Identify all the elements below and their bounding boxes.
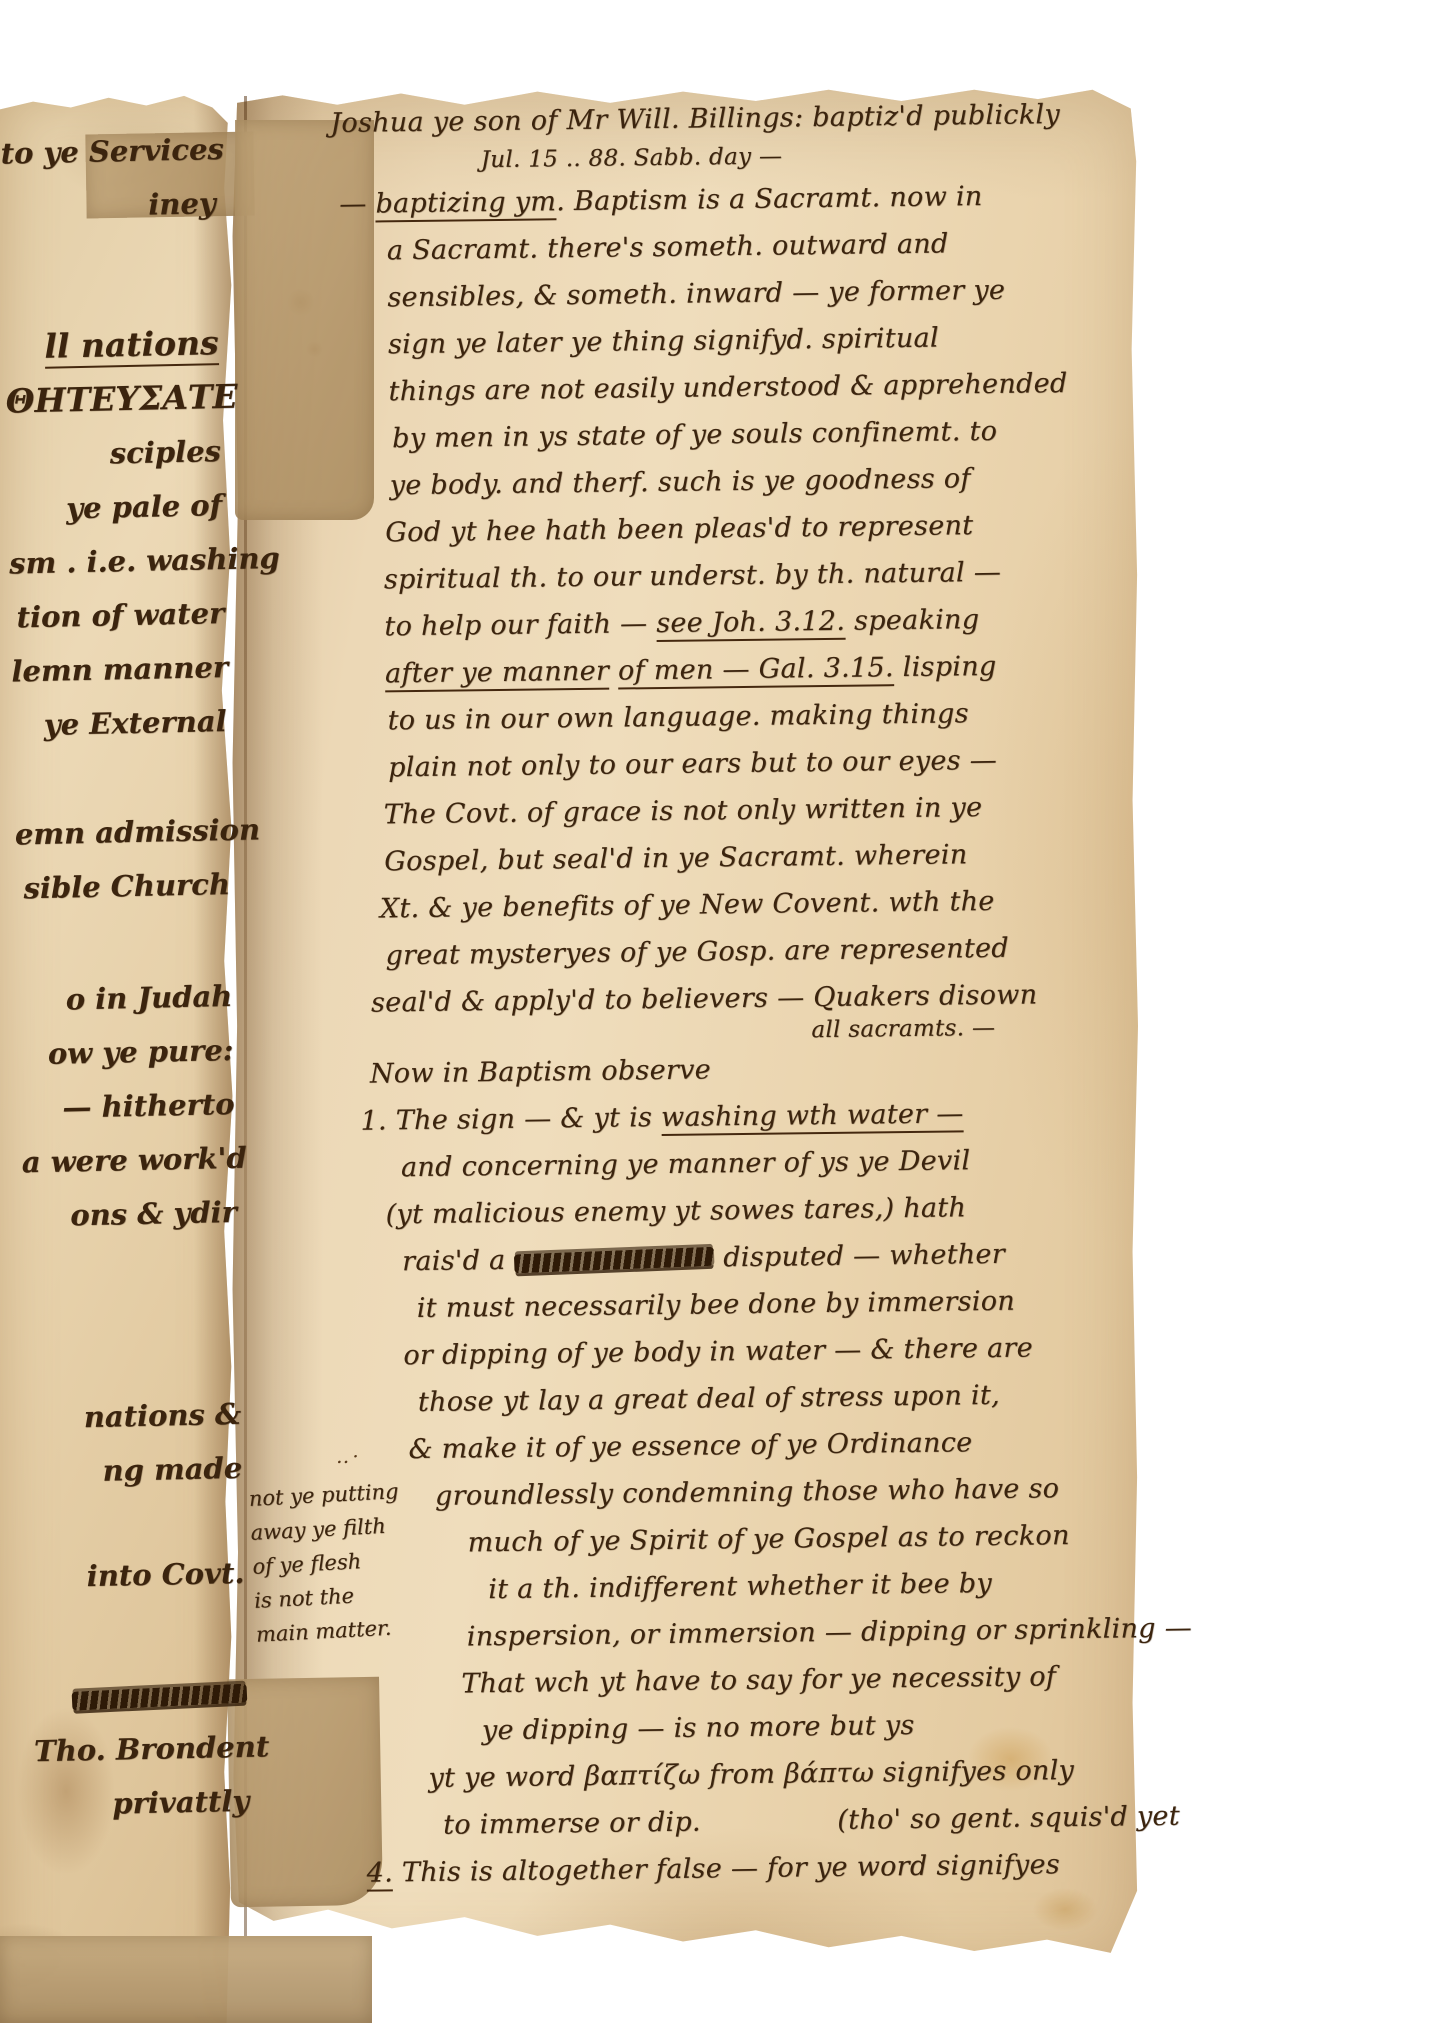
text-segment: is not the bbox=[254, 1584, 355, 1613]
text-segment: The Covt. of grace is not only written i… bbox=[384, 792, 983, 830]
text-segment: into Covt. bbox=[86, 1556, 244, 1593]
right-page-text: Joshua ye son of Mr Will. Billings: bapt… bbox=[330, 90, 1152, 1897]
tape-bottom-band bbox=[0, 1936, 372, 2023]
text-segment: ye External bbox=[43, 704, 226, 742]
manuscript-line: sm . i.e. washing bbox=[9, 532, 232, 591]
manuscript-line: to ye Services bbox=[0, 122, 223, 181]
manuscript-line: ons & ydir bbox=[22, 1185, 245, 1244]
manuscript-line: ye dipping — is no more but ys bbox=[482, 1699, 1151, 1754]
left-page-text: to ye Servicesineyll nationsΘΗΤΕΥΣΑΤΕsci… bbox=[0, 122, 258, 1832]
text-segment: to immerse or dip. (tho' so gent. squis'… bbox=[443, 1801, 1180, 1841]
manuscript-line: ye External bbox=[12, 694, 235, 753]
manuscript-line: into Covt. bbox=[30, 1546, 253, 1605]
text-segment: ye dipping — is no more but ys bbox=[482, 1710, 915, 1746]
text-segment: sign ye later ye thing signifyd. spiritu… bbox=[388, 323, 939, 361]
text-segment: it a th. indifferent whether it bee by bbox=[488, 1568, 992, 1605]
text-segment: after ye manner bbox=[385, 656, 609, 693]
text-segment: by men in ys state of ye souls confinemt… bbox=[392, 416, 997, 454]
margin-mark: ‥· bbox=[336, 1444, 362, 1468]
text-segment: groundlessly condemning those who have s… bbox=[435, 1473, 1060, 1512]
text-segment: speaking bbox=[845, 604, 980, 637]
text-segment: it must necessarily bee done by immersio… bbox=[417, 1286, 1016, 1324]
text-segment: nations & bbox=[83, 1397, 241, 1434]
text-segment: washing wth water — bbox=[661, 1098, 964, 1136]
text-segment: — bbox=[339, 188, 376, 219]
text-segment: tion of water bbox=[16, 596, 224, 634]
text-segment: God yt hee hath been pleas'd to represen… bbox=[385, 510, 973, 548]
text-segment: . Baptism is a Sacramt. now in bbox=[556, 181, 983, 217]
text-segment: iney bbox=[148, 186, 216, 221]
text-segment: spiritual th. to our underst. by th. nat… bbox=[384, 557, 1002, 596]
text-segment: of ye flesh bbox=[252, 1549, 362, 1579]
text-segment: sciples bbox=[109, 434, 221, 470]
text-segment: & make it of ye essence of ye Ordinance bbox=[408, 1427, 972, 1465]
text-segment: away ye filth bbox=[250, 1514, 386, 1545]
text-segment: much of ye Spirit of ye Gospel as to rec… bbox=[467, 1520, 1069, 1558]
manuscript-line: ow ye pure: bbox=[19, 1023, 242, 1082]
text-segment: (yt malicious enemy yt sowes tares,) hat… bbox=[385, 1192, 966, 1230]
text-segment: lemn manner bbox=[11, 650, 228, 689]
text-segment: and concerning ye manner of ys ye Devil bbox=[401, 1145, 971, 1183]
manuscript-line: it a th. indifferent whether it bee by bbox=[488, 1558, 1149, 1613]
text-segment: ye body. and therf. such is ye goodness … bbox=[390, 463, 971, 501]
text-segment: Joshua ye son of Mr Will. Billings: bapt… bbox=[330, 99, 1060, 139]
text-segment: privattly bbox=[112, 1784, 250, 1821]
manuscript-line: sciples bbox=[6, 424, 229, 483]
manuscript-line: privattly bbox=[35, 1774, 258, 1833]
text-segment: lisping bbox=[894, 651, 997, 683]
text-segment: things are not easily understood & appre… bbox=[388, 368, 1067, 407]
text-segment: That wch yt have to say for ye necessity… bbox=[461, 1661, 1056, 1699]
manuscript-line: things are not easily understood & appre… bbox=[388, 359, 1134, 415]
text-segment: ΘΗΤΕΥΣΑΤΕ bbox=[5, 377, 238, 421]
text-segment: of men — Gal. 3.15. bbox=[618, 652, 894, 689]
manuscript-line bbox=[32, 1666, 255, 1725]
text-segment: Tho. Brondent bbox=[34, 1729, 270, 1768]
manuscript-line: ll nations bbox=[4, 316, 227, 375]
text-segment: Now in Baptism observe bbox=[370, 1054, 711, 1089]
text-segment: ons & ydir bbox=[70, 1195, 237, 1232]
text-segment: emn admission bbox=[15, 812, 261, 851]
crossed-out-scribble bbox=[514, 1247, 715, 1274]
text-segment: Jul. 15 .. 88. Sabb. day — bbox=[481, 143, 783, 173]
manuscript-line: lemn manner bbox=[11, 640, 234, 699]
text-segment: to us in our own language. making things bbox=[387, 698, 969, 736]
manuscript-line: ye pale of bbox=[8, 478, 231, 537]
manuscript-line: nations & bbox=[27, 1387, 250, 1446]
manuscript-line: much of ye Spirit of ye Gospel as to rec… bbox=[467, 1511, 1148, 1566]
text-segment: o in Judah bbox=[65, 979, 232, 1016]
text-segment: plain not only to our ears but to our ey… bbox=[388, 745, 997, 783]
manuscript-line: Tho. Brondent bbox=[34, 1720, 257, 1779]
manuscript-line: — hitherto bbox=[20, 1077, 243, 1136]
text-segment: This is altogether false — for ye word s… bbox=[393, 1849, 1060, 1888]
text-segment: a were work'd bbox=[21, 1141, 247, 1180]
text-segment: those yt lay a great deal of stress upon… bbox=[418, 1380, 1000, 1418]
text-segment: 4. bbox=[366, 1857, 393, 1891]
text-segment: Gospel, but seal'd in ye Sacramt. wherei… bbox=[384, 839, 967, 877]
text-segment: not ye putting bbox=[248, 1479, 399, 1511]
margin-note: not ye puttingaway ye filthof ye fleshis… bbox=[248, 1473, 427, 1652]
text-segment: inspersion, or immersion — dipping or sp… bbox=[467, 1613, 1193, 1653]
text-segment: main matter. bbox=[255, 1616, 392, 1647]
manuscript-line: a were work'd bbox=[21, 1131, 244, 1190]
text-segment: all sacramts. — bbox=[811, 1015, 995, 1043]
text-segment: — hitherto bbox=[62, 1087, 235, 1125]
manuscript-line: emn admission bbox=[14, 803, 237, 862]
manuscript-line: ng made bbox=[28, 1441, 251, 1500]
manuscript-line: o in Judah bbox=[18, 969, 241, 1028]
text-segment: 1. The sign — & yt is bbox=[360, 1102, 661, 1137]
manuscript-line: sible Church bbox=[15, 857, 238, 916]
manuscript-line: ΘΗΤΕΥΣΑΤΕ bbox=[5, 370, 228, 429]
text-segment: to help our faith — bbox=[384, 608, 656, 642]
manuscript-line: seal'd & apply'd to believers — Quakers … bbox=[371, 970, 1142, 1026]
manuscript-line: 4. This is altogether false — for ye wor… bbox=[366, 1840, 1152, 1897]
text-segment: to ye Services bbox=[0, 132, 224, 171]
text-segment: sensibles, & someth. inward — ye former … bbox=[387, 275, 1005, 314]
text-segment: great mysteryes of ye Gosp. are represen… bbox=[385, 933, 1009, 972]
text-segment: see Joh. 3.12. bbox=[656, 606, 845, 642]
text-segment: sm . i.e. washing bbox=[9, 541, 280, 581]
text-segment: Xt. & ye benefits of ye New Covent. wth … bbox=[380, 886, 995, 925]
text-segment: baptizing ym bbox=[375, 186, 556, 222]
manuscript-line: tion of water bbox=[10, 586, 233, 645]
manuscript-line: iney bbox=[1, 176, 224, 235]
text-segment: a Sacramt. there's someth. outward and bbox=[387, 228, 949, 266]
text-segment bbox=[609, 656, 618, 687]
text-segment: ng made bbox=[102, 1451, 242, 1488]
text-segment: sible Church bbox=[23, 867, 230, 905]
text-segment: disputed — whether bbox=[714, 1239, 1005, 1274]
text-segment: ll nations bbox=[44, 323, 219, 369]
manuscript-line: inspersion, or immersion — dipping or sp… bbox=[466, 1605, 1149, 1660]
text-segment: ye pale of bbox=[66, 488, 223, 525]
manuscript-line: That wch yt have to say for ye necessity… bbox=[461, 1652, 1150, 1707]
crossed-out-scribble bbox=[72, 1683, 248, 1710]
text-segment: yt ye word βαπτίζω from βάπτω signifyes … bbox=[428, 1755, 1074, 1794]
text-segment: rais'd a bbox=[402, 1245, 515, 1277]
text-segment: ow ye pure: bbox=[48, 1033, 234, 1071]
photo-background: to ye Servicesineyll nationsΘΗΤΕΥΣΑΤΕsci… bbox=[0, 0, 1445, 2023]
text-segment: or dipping of ye body in water — & there… bbox=[403, 1333, 1033, 1372]
